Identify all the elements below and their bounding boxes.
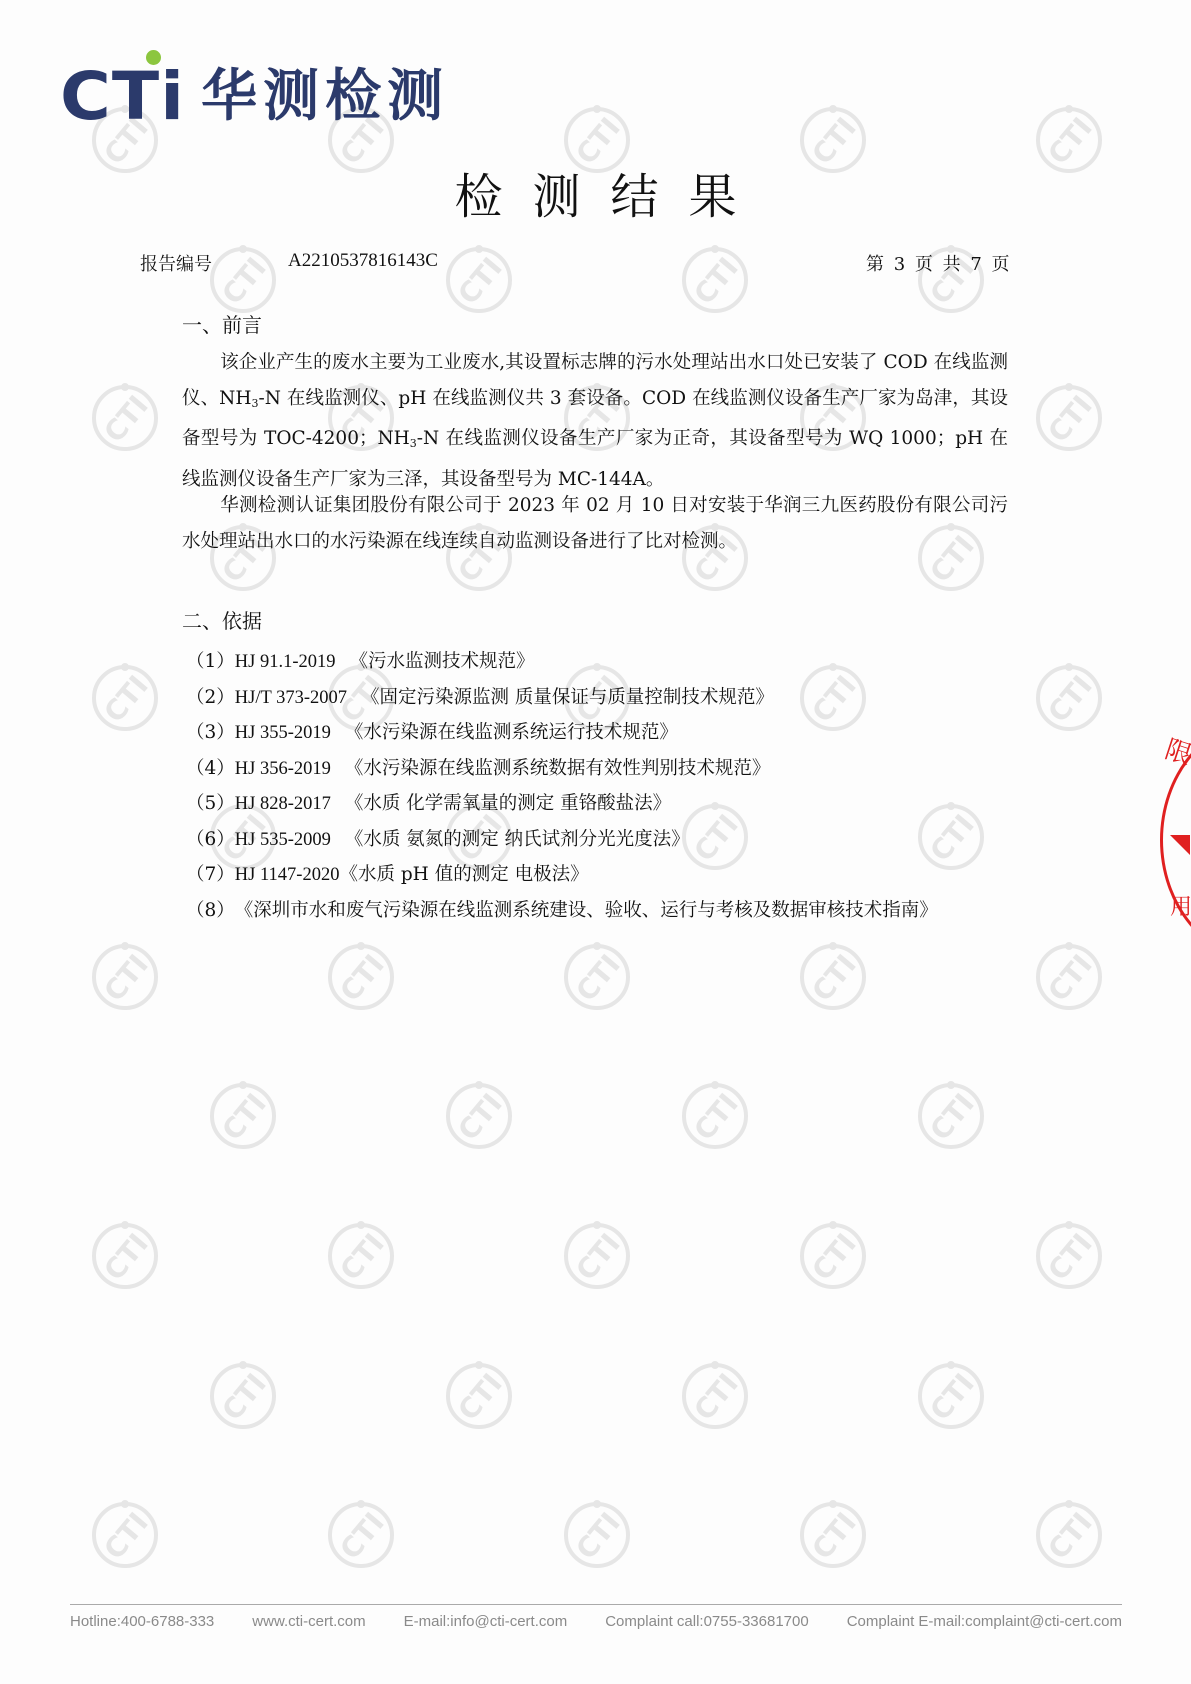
footer-complaint-email[interactable]: Complaint E-mail:complaint@cti-cert.com — [847, 1613, 1122, 1630]
logo-chinese-name: 华测检测 — [201, 64, 449, 130]
document-title: 检测结果 — [0, 158, 1191, 227]
red-seal-stamp: 限 用 — [1160, 720, 1191, 960]
seal-char: 用 — [1170, 890, 1191, 921]
report-number: A2210537816143C — [288, 250, 438, 272]
footer-divider — [70, 1604, 1122, 1605]
reference-number: （4） — [186, 758, 235, 779]
reference-number: （2） — [186, 687, 235, 708]
page-indicator: 第 3 页 共 7 页 — [866, 250, 1012, 276]
reference-item: （8）《深圳市水和废气污染源在线监测系统建设、验收、运行与考核及数据审核技术指南… — [186, 893, 938, 929]
reference-title: 《固定污染源监测 质量保证与质量控制技术规范》 — [361, 687, 774, 708]
preface-paragraph-2-text: 华测检测认证集团股份有限公司于 2023 年 02 月 10 日对安装于华润三九… — [182, 495, 1008, 552]
footer-contact: Hotline:400-6788-333 www.cti-cert.com E-… — [70, 1613, 1122, 1630]
footer-complaint-call: Complaint call:0755-33681700 — [605, 1613, 808, 1630]
footer-website[interactable]: www.cti-cert.com — [252, 1613, 365, 1630]
reference-number: （3） — [186, 722, 235, 743]
company-logo: CTi 华测检测 — [60, 50, 449, 130]
section-heading-preface: 一、前言 — [182, 309, 262, 338]
preface-paragraph-2: 华测检测认证集团股份有限公司于 2023 年 02 月 10 日对安装于华润三九… — [182, 488, 1008, 559]
section-heading-basis: 二、依据 — [182, 605, 262, 634]
logo-brand-text: CTi — [60, 64, 185, 130]
reference-number: （7） — [186, 864, 235, 885]
reference-title: 《水质 pH 值的测定 电极法》 — [339, 864, 588, 885]
reference-title: 《水质 氨氮的测定 纳氏试剂分光光度法》 — [345, 829, 690, 850]
reference-title: 《水污染源在线监测系统运行技术规范》 — [345, 722, 678, 743]
preface-paragraph-1: 该企业产生的废水主要为工业废水,其设置标志牌的污水处理站出水口处已安装了 COD… — [182, 345, 1008, 497]
reference-item: （5）HJ 828-2017《水质 化学需氧量的测定 重铬酸盐法》 — [186, 786, 938, 822]
reference-number: （1） — [186, 651, 235, 672]
reference-code: HJ 1147-2020 — [235, 858, 340, 894]
reference-title: 《水质 化学需氧量的测定 重铬酸盐法》 — [345, 793, 671, 814]
footer-hotline: Hotline:400-6788-333 — [70, 1613, 214, 1630]
seal-star-icon — [1170, 835, 1190, 855]
reference-number: （8） — [186, 900, 235, 921]
reference-item: （6）HJ 535-2009《水质 氨氮的测定 纳氏试剂分光光度法》 — [186, 822, 938, 858]
reference-code: HJ 356-2019 — [235, 752, 331, 788]
reference-code: HJ 535-2009 — [235, 823, 331, 859]
reference-list: （1）HJ 91.1-2019《污水监测技术规范》（2）HJ/T 373-200… — [186, 644, 938, 928]
footer-email[interactable]: E-mail:info@cti-cert.com — [404, 1613, 568, 1630]
inline-cod: COD — [884, 352, 928, 373]
reference-item: （1）HJ 91.1-2019《污水监测技术规范》 — [186, 644, 938, 680]
reference-item: （2）HJ/T 373-2007《固定污染源监测 质量保证与质量控制技术规范》 — [186, 680, 938, 716]
reference-number: （6） — [186, 829, 235, 850]
reference-code: HJ 355-2019 — [235, 716, 331, 752]
reference-title: 《水污染源在线监测系统数据有效性判别技术规范》 — [345, 758, 771, 779]
reference-code: HJ 91.1-2019 — [235, 645, 336, 681]
reference-code: HJ 828-2017 — [235, 787, 331, 823]
logo-dot-icon — [146, 50, 161, 65]
reference-title: 《污水监测技术规范》 — [350, 651, 535, 672]
reference-code: HJ/T 373-2007 — [235, 681, 347, 717]
report-number-label: 报告编号 — [140, 250, 212, 276]
reference-item: （4）HJ 356-2019《水污染源在线监测系统数据有效性判别技术规范》 — [186, 751, 938, 787]
seal-char: 限 — [1161, 729, 1191, 772]
reference-item: （7）HJ 1147-2020《水质 pH 值的测定 电极法》 — [186, 857, 938, 893]
reference-item: （3）HJ 355-2019《水污染源在线监测系统运行技术规范》 — [186, 715, 938, 751]
reference-title: 《深圳市水和废气污染源在线监测系统建设、验收、运行与考核及数据审核技术指南》 — [235, 900, 938, 921]
reference-number: （5） — [186, 793, 235, 814]
